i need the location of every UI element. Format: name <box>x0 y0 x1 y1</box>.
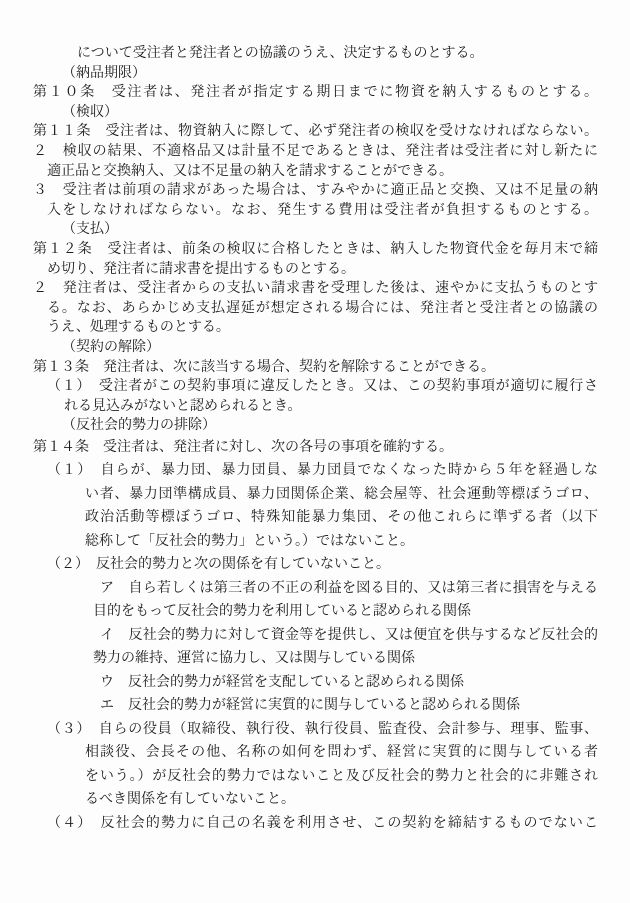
document-line: （反社会的勢力の排除） <box>0 416 598 436</box>
document-line: め切り、発注者に請求書を提出するものとする。 <box>0 260 598 280</box>
document-line: 入をしなければならない。なお、発生する費用は受注者が負担するものとする。 <box>0 201 598 221</box>
document-line: （２） 反社会的勢力と次の関係を有していないこと。 <box>0 553 598 577</box>
document-line: をいう。）が反社会的勢力ではないこと及び反社会的勢力と社会的に非難され <box>0 765 598 789</box>
document-line: 政治活動等標ぼうゴロ、特殊知能暴力集団、その他これらに準ずる者（以下 <box>0 506 598 530</box>
document-line: うえ、処理するものとする。 <box>0 318 598 338</box>
document-line: 適正品と交換納入、又は不足量の納入を請求することができる。 <box>0 162 598 182</box>
document-line: 第１０条 受注者は、発注者が指定する期日までに物資を納入するものとする。 <box>0 83 598 103</box>
document-line: 勢力の維持、運営に協力し、又は関与している関係 <box>0 647 598 671</box>
document-line: ア 自ら若しくは第三者の不正の利益を図る目的、又は第三者に損害を与える <box>0 577 598 601</box>
document-line: 第１１条 受注者は、物資納入に際して、必ず発注者の検収を受けなければならない。 <box>0 122 598 142</box>
document-line: エ 反社会的勢力が経営に実質的に関与していると認められる関係 <box>0 694 598 718</box>
document-line: ２ 発注者は、受注者からの支払い請求書を受理した後は、速やかに支払うものとす <box>0 279 598 299</box>
document-line: （４） 反社会的勢力に自己の名義を利用させ、この契約を締結するものでないこ <box>0 812 598 836</box>
document-line: 第１３条 発注者は、次に該当する場合、契約を解除することができる。 <box>0 358 598 378</box>
document-section: 第１４条 受注者は、発注者に対し、次の各号の事項を確約する。（１） 自らが、暴力… <box>0 436 598 836</box>
document-line: （３） 自らの役員（取締役、執行役、執行役員、監査役、会計参与、理事、監事、 <box>0 718 598 742</box>
document-page: について受注者と発注者との協議のうえ、決定するものとする。（納品期限）第１０条 … <box>0 0 630 903</box>
document-line: （１） 自らが、暴力団、暴力団員、暴力団員でなくなった時から５年を経過しな <box>0 459 598 483</box>
document-line: について受注者と発注者との協議のうえ、決定するものとする。 <box>0 44 598 64</box>
document-body: について受注者と発注者との協議のうえ、決定するものとする。（納品期限）第１０条 … <box>0 44 598 835</box>
document-line: ２ 検収の結果、不適格品又は計量不足であるときは、発注者は受注者に対し新たに <box>0 142 598 162</box>
document-line: （契約の解除） <box>0 338 598 358</box>
document-line: ３ 受注者は前項の請求があった場合は、すみやかに適正品と交換、又は不足量の納 <box>0 181 598 201</box>
document-line: 第１４条 受注者は、発注者に対し、次の各号の事項を確約する。 <box>0 436 598 460</box>
document-line: （支払） <box>0 220 598 240</box>
document-line: るべき関係を有していないこと。 <box>0 788 598 812</box>
document-line: 第１２条 受注者は、前条の検収に合格したときは、納入した物資代金を毎月末で締 <box>0 240 598 260</box>
document-line: 総称して「反社会的勢力」という。）ではないこと。 <box>0 530 598 554</box>
document-line: 目的をもって反社会的勢力を利用していると認められる関係 <box>0 600 598 624</box>
document-line: イ 反社会的勢力に対して資金等を提供し、又は便宜を供与するなど反社会的 <box>0 624 598 648</box>
document-line: （検収） <box>0 103 598 123</box>
document-line: 相談役、会長その他、名称の如何を問わず、経営に実質的に関与している者 <box>0 741 598 765</box>
document-line: （１） 受注者がこの契約事項に違反したとき。又は、この契約事項が適切に履行さ <box>0 377 598 397</box>
document-line: る。なお、あらかじめ支払遅延が想定される場合には、発注者と受注者との協議の <box>0 299 598 319</box>
document-line: い者、暴力団準構成員、暴力団関係企業、総会屋等、社会運動等標ぼうゴロ、 <box>0 483 598 507</box>
document-line: ウ 反社会的勢力が経営を支配していると認められる関係 <box>0 671 598 695</box>
document-line: （納品期限） <box>0 64 598 84</box>
document-line: れる見込みがないと認められるとき。 <box>0 397 598 417</box>
document-section: について受注者と発注者との協議のうえ、決定するものとする。（納品期限）第１０条 … <box>0 44 598 436</box>
